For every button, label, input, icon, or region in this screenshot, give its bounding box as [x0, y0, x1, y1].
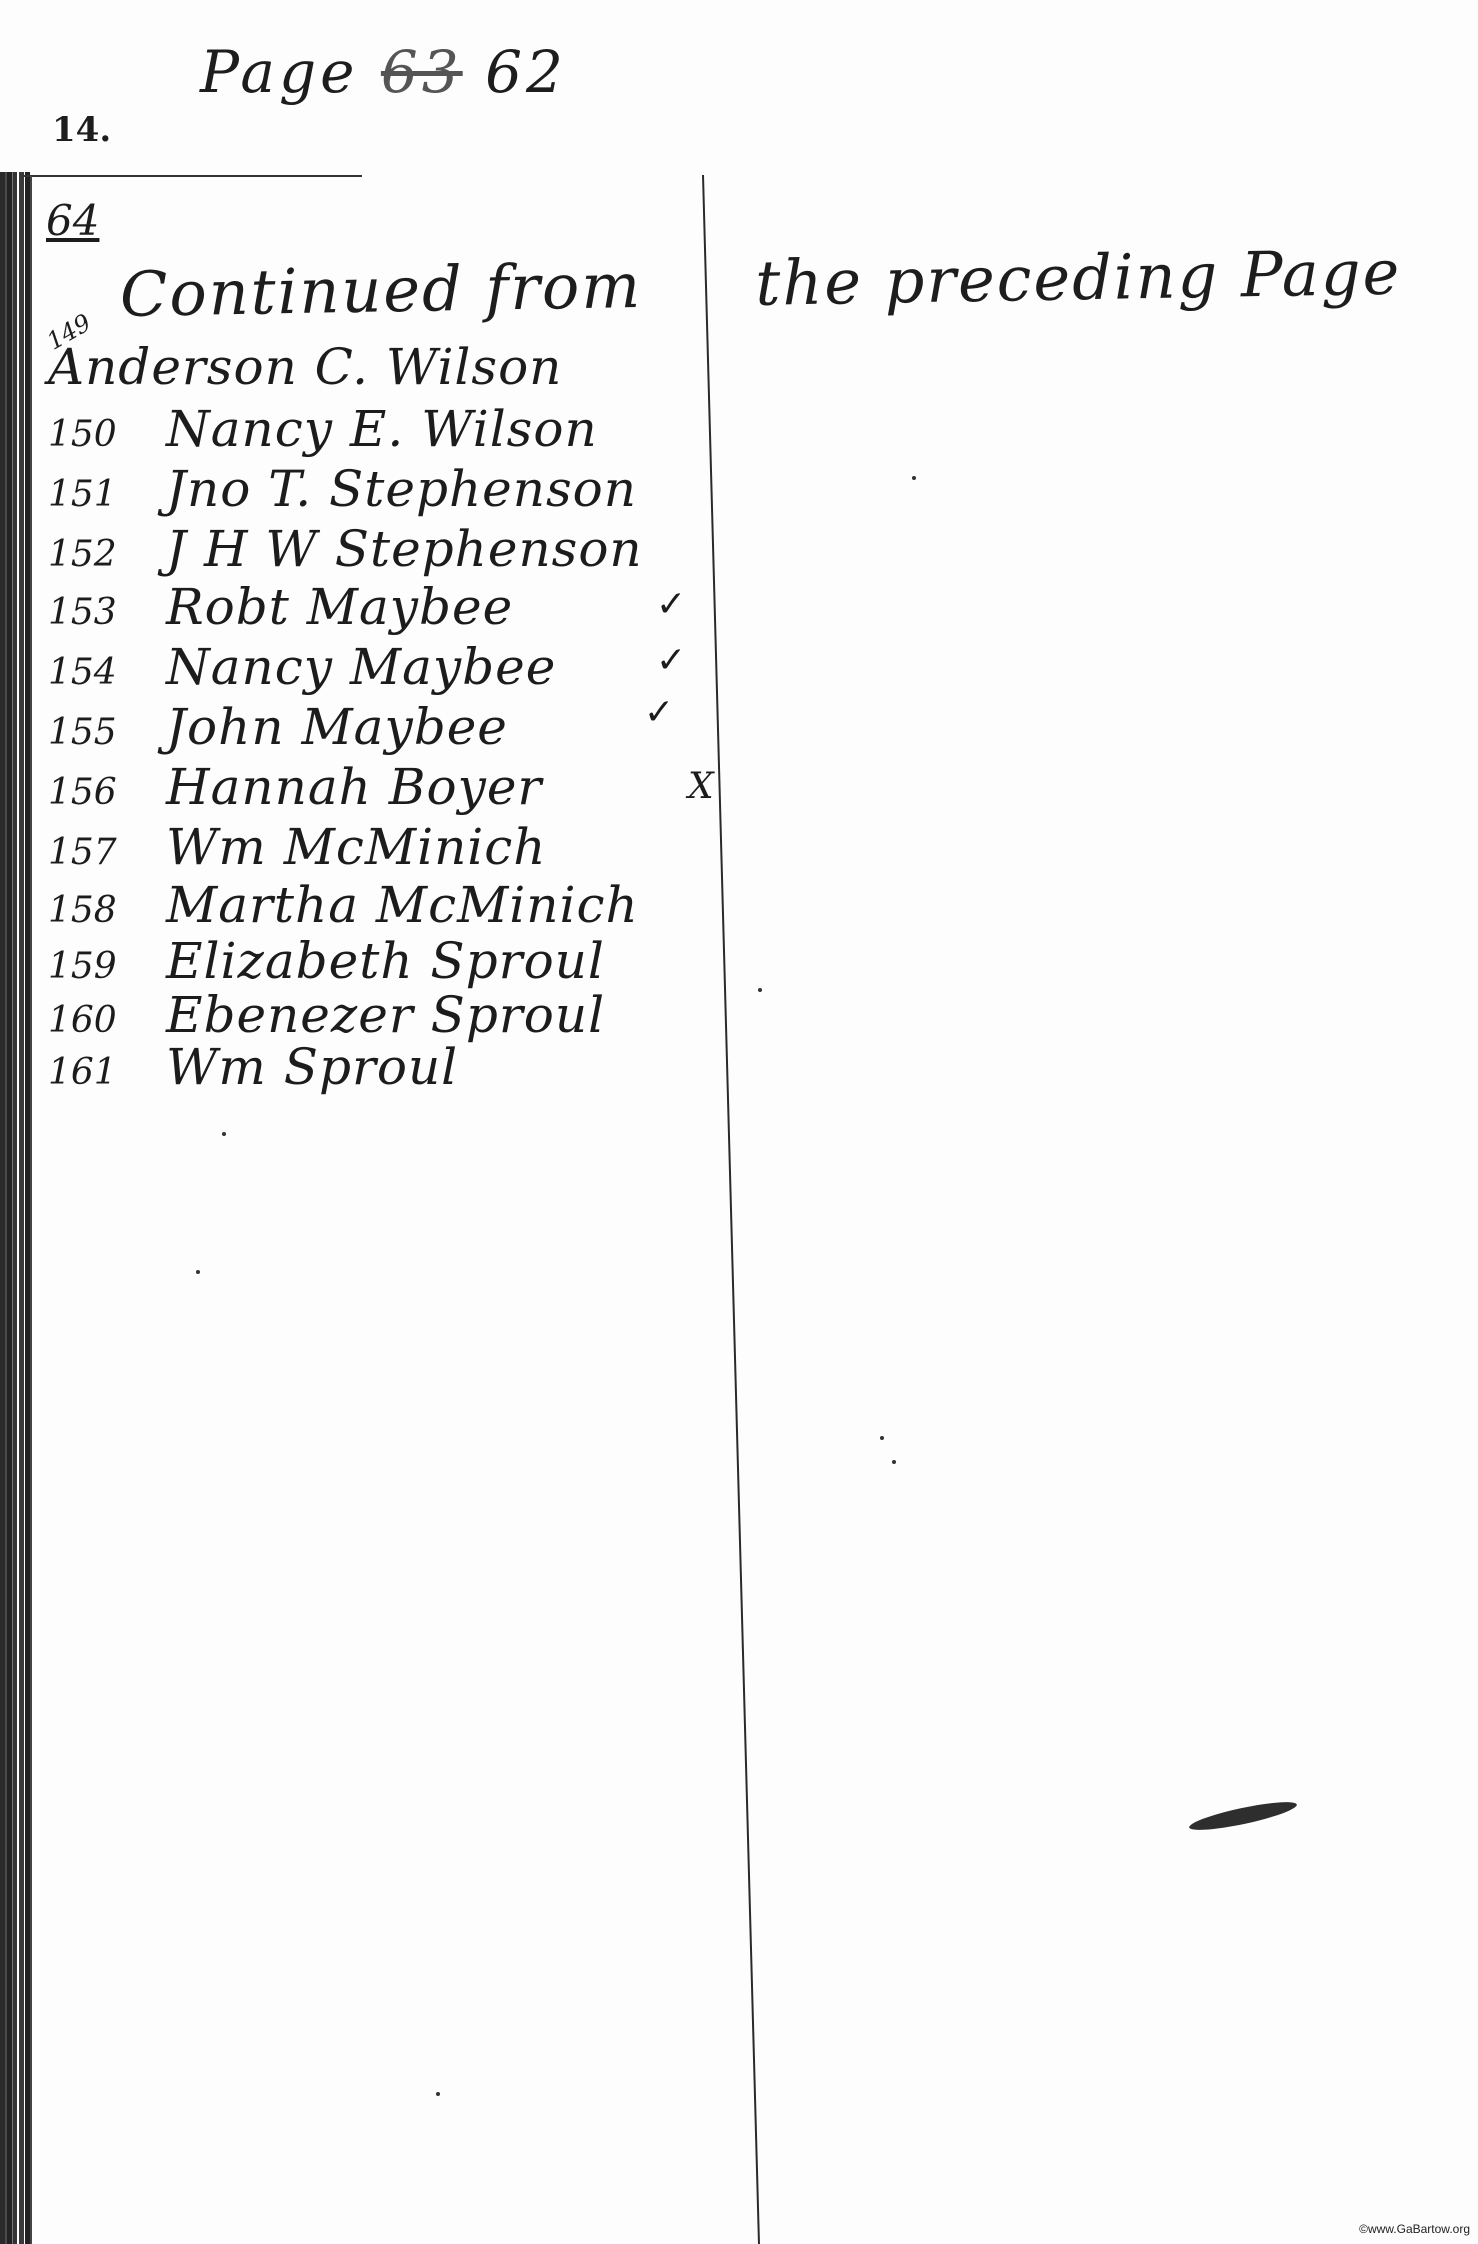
ink-speck: [436, 2092, 440, 2096]
checkmark-icon: ✓: [656, 640, 686, 681]
entry-number: 160: [48, 1000, 168, 1041]
entry-name: Nancy E. Wilson: [166, 400, 598, 458]
entry-name: J H W Stephenson: [166, 520, 643, 578]
entry-name: Wm McMinich: [166, 818, 546, 876]
ink-speck: [758, 988, 762, 992]
entry-number: 159: [48, 946, 168, 987]
ink-speck: [222, 1132, 226, 1136]
ink-smudge: [1188, 1797, 1299, 1836]
heading-left-text: Continued from: [119, 249, 642, 331]
entry-number: 151: [48, 474, 168, 515]
ruled-left-border: [30, 176, 32, 2244]
checkmark-icon: ✓: [644, 692, 674, 733]
page-number: 62: [485, 38, 567, 106]
entry-name: John Maybee: [166, 698, 508, 756]
entry-number: 150: [48, 414, 168, 455]
entry-name: Hannah Boyer: [166, 758, 542, 816]
entry-number: 155: [48, 712, 168, 753]
entry-name: Jno T. Stephenson: [166, 460, 637, 518]
entry-number: 154: [48, 652, 168, 693]
entry-number: 158: [48, 890, 168, 931]
entry-name: Martha McMinich: [166, 876, 639, 934]
ink-speck: [196, 1270, 200, 1274]
entry-name: Wm Sproul: [166, 1038, 458, 1096]
heading-right-text: the preceding Page: [755, 236, 1402, 320]
x-mark-icon: X: [688, 766, 714, 807]
entry-name: Elizabeth Sproul: [166, 932, 605, 990]
ruled-top-border: [22, 175, 362, 177]
entry-number: 156: [48, 772, 168, 813]
checkmark-icon: ✓: [656, 584, 686, 625]
page-number-annotation: Page 63 62: [200, 38, 567, 106]
ink-speck: [912, 476, 916, 480]
entry-number: 157: [48, 832, 168, 873]
corner-note: 14.: [52, 110, 111, 150]
folio-number: 64: [46, 196, 99, 245]
entry-number: 153: [48, 592, 168, 633]
ink-speck: [892, 1460, 896, 1464]
column-divider-line: [702, 175, 760, 2244]
heading-continued: Continued from the preceding Page: [119, 236, 1401, 331]
page-label: Page: [200, 38, 358, 106]
entry-name: Robt Maybee: [166, 578, 513, 636]
entry-number: 152: [48, 534, 168, 575]
copyright-watermark: ©www.GaBartow.org: [1359, 2222, 1470, 2236]
ledger-page: Page 63 62 14. 64 149 Continued from the…: [0, 0, 1478, 2244]
entry-name: Nancy Maybee: [166, 638, 556, 696]
ink-speck: [880, 1436, 884, 1440]
entry-number: 161: [48, 1052, 168, 1093]
struck-page-number: 63: [381, 38, 463, 106]
book-binding-edge: [0, 172, 30, 2244]
entry-name: Ebenezer Sproul: [166, 986, 605, 1044]
entry-name: Anderson C. Wilson: [48, 338, 562, 396]
